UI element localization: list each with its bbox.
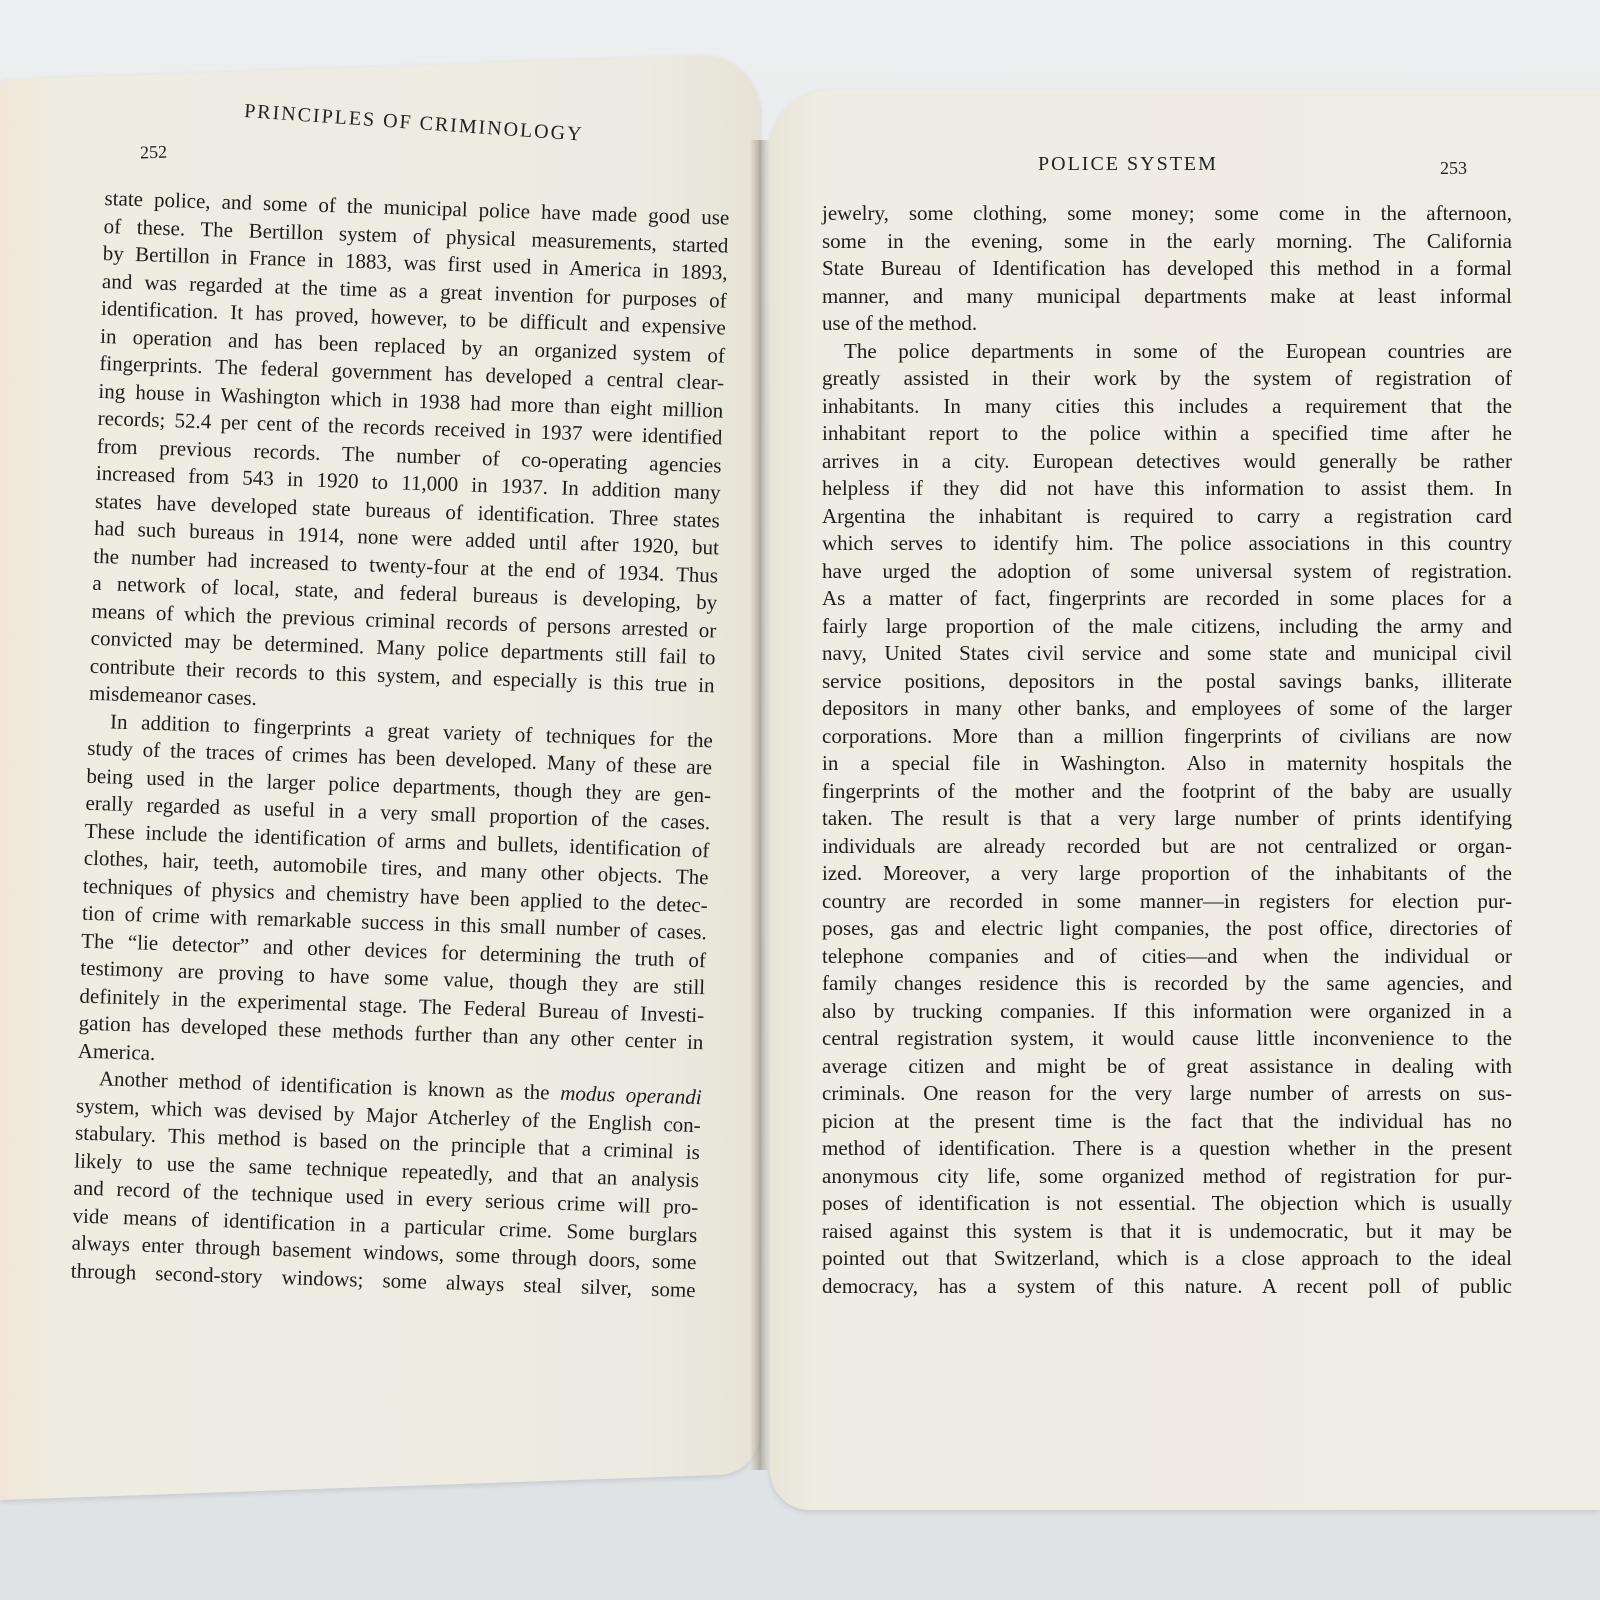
text-line: poses of identification is not essential… [822,1190,1512,1218]
text-line: criminals. One reason for the very large… [822,1080,1512,1108]
italic-phrase: modus operandi [560,1081,702,1109]
text-line: have urged the adoption of some universa… [822,558,1512,586]
photo-scene: 252 PRINCIPLES OF CRIMINOLOGY POLICE SYS… [0,0,1600,1600]
left-page-number: 252 [140,142,168,164]
text-line: central registration system, it would ca… [822,1025,1512,1053]
text-line: average citizen and might be of great as… [822,1053,1512,1081]
text-line: depositors in many other banks, and empl… [822,695,1512,723]
right-running-head: POLICE SYSTEM [1038,153,1218,176]
text-line: service positions, depositors in the pos… [822,668,1512,696]
text-line: pointed out that Switzerland, which is a… [822,1245,1512,1273]
text-line: picion at the present time is the fact t… [822,1108,1512,1136]
text-line: jewelry, some clothing, some money; some… [822,200,1512,228]
text-line: The police departments in some of the Eu… [822,338,1512,366]
text-line: individuals are already recorded but are… [822,833,1512,861]
text-line: inhabitants. In many cities this include… [822,393,1512,421]
text-line: in a special file in Washington. Also in… [822,750,1512,778]
text-line: telephone companies and of cities—and wh… [822,943,1512,971]
text-line: some in the evening, some in the early m… [822,228,1512,256]
text-line: fingerprints of the mother and the footp… [822,778,1512,806]
text-line: family changes residence this is recorde… [822,970,1512,998]
text-line: raised against this system is that it is… [822,1218,1512,1246]
text-line: manner, and many municipal departments m… [822,283,1512,311]
book-gutter [750,140,770,1470]
text-line: country are recorded in some manner—in r… [822,888,1512,916]
text-line: poses, gas and electric light companies,… [822,915,1512,943]
text-line: greatly assisted in their work by the sy… [822,365,1512,393]
text-line: helpless if they did not have this infor… [822,475,1512,503]
text-line: inhabitant report to the police within a… [822,420,1512,448]
text-line: As a matter of fact, fingerprints are re… [822,585,1512,613]
left-page-body: state police, and some of the municipal … [70,185,729,1304]
text-line: arrives in a city. European detectives w… [822,448,1512,476]
text-line: taken. The result is that a very large n… [822,805,1512,833]
text-line: method of identification. There is a que… [822,1135,1512,1163]
text-line: State Bureau of Identification has devel… [822,255,1512,283]
right-page-body: jewelry, some clothing, some money; some… [822,200,1512,1300]
text-line: corporations. More than a million finger… [822,723,1512,751]
text-line: also by trucking companies. If this info… [822,998,1512,1026]
text-line: democracy, has a system of this nature. … [822,1273,1512,1301]
text-line: Argentina the inhabitant is required to … [822,503,1512,531]
right-page-number: 253 [1440,158,1467,179]
text-line: ized. Moreover, a very large proportion … [822,860,1512,888]
text-line: anonymous city life, some organized meth… [822,1163,1512,1191]
text-line: use of the method. [822,310,1512,338]
text-line: navy, United States civil service and so… [822,640,1512,668]
text-line: fairly large proportion of the male citi… [822,613,1512,641]
text-line: which serves to identify him. The police… [822,530,1512,558]
